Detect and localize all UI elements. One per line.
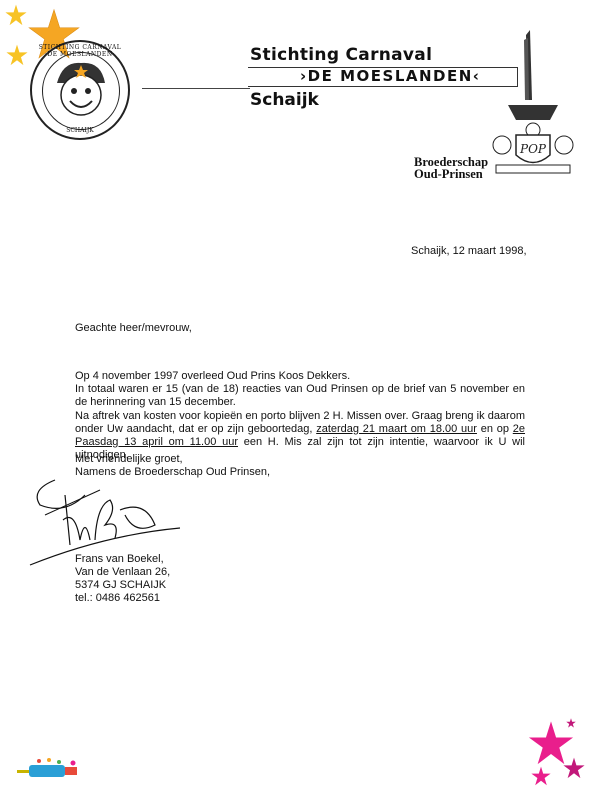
sender-name: Frans van Boekel,: [75, 553, 170, 566]
sender-address: Frans van Boekel, Van de Venlaan 26, 537…: [75, 553, 170, 605]
letter-date: Schaijk, 12 maart 1998,: [411, 245, 527, 257]
brotherhood-line2: Oud-Prinsen: [414, 168, 488, 180]
gold-star-small-icon: [5, 4, 27, 26]
paragraph-1: Op 4 november 1997 overleed Oud Prins Ko…: [75, 370, 525, 383]
sender-city: 5374 GJ SCHAIJK: [75, 579, 170, 592]
brotherhood-name: Broederschap Oud-Prinsen: [414, 156, 488, 180]
org-name-line3: Schaijk: [250, 90, 319, 110]
letterhead-rule: [142, 88, 250, 89]
closing-greeting: Met vriendelijke groet,: [75, 453, 270, 466]
org-name-line1: Stichting Carnaval: [250, 45, 432, 65]
jester-face-icon: [42, 52, 120, 130]
svg-text:POP: POP: [519, 142, 547, 156]
carnival-seal-logo: STICHTING CARNAVAL ·DE MOESLANDEN· SCHAI…: [30, 40, 130, 140]
brotherhood-crest-icon: POP: [488, 30, 578, 180]
letter-body: Op 4 november 1997 overleed Oud Prins Ko…: [75, 370, 525, 462]
gold-star-small-icon: [6, 44, 28, 66]
paragraph-2: In totaal waren er 15 (van de 18) reacti…: [75, 383, 525, 409]
pink-star-small-icon: [563, 757, 585, 779]
site-logo-icon[interactable]: [17, 757, 81, 779]
pink-star-small-icon: [566, 718, 576, 728]
paragraph-3-text: en op: [477, 423, 513, 435]
org-name-line2: ›DE MOESLANDEN‹: [300, 67, 480, 85]
seal-bottom-text: SCHAIJK: [32, 127, 128, 134]
mass-date-1: zaterdag 21 maart om 18.00 uur: [316, 423, 477, 435]
pink-star-small-icon: [531, 766, 551, 786]
salutation: Geachte heer/mevrouw,: [75, 322, 192, 334]
sender-street: Van de Venlaan 26,: [75, 566, 170, 579]
sender-phone: tel.: 0486 462561: [75, 592, 170, 605]
